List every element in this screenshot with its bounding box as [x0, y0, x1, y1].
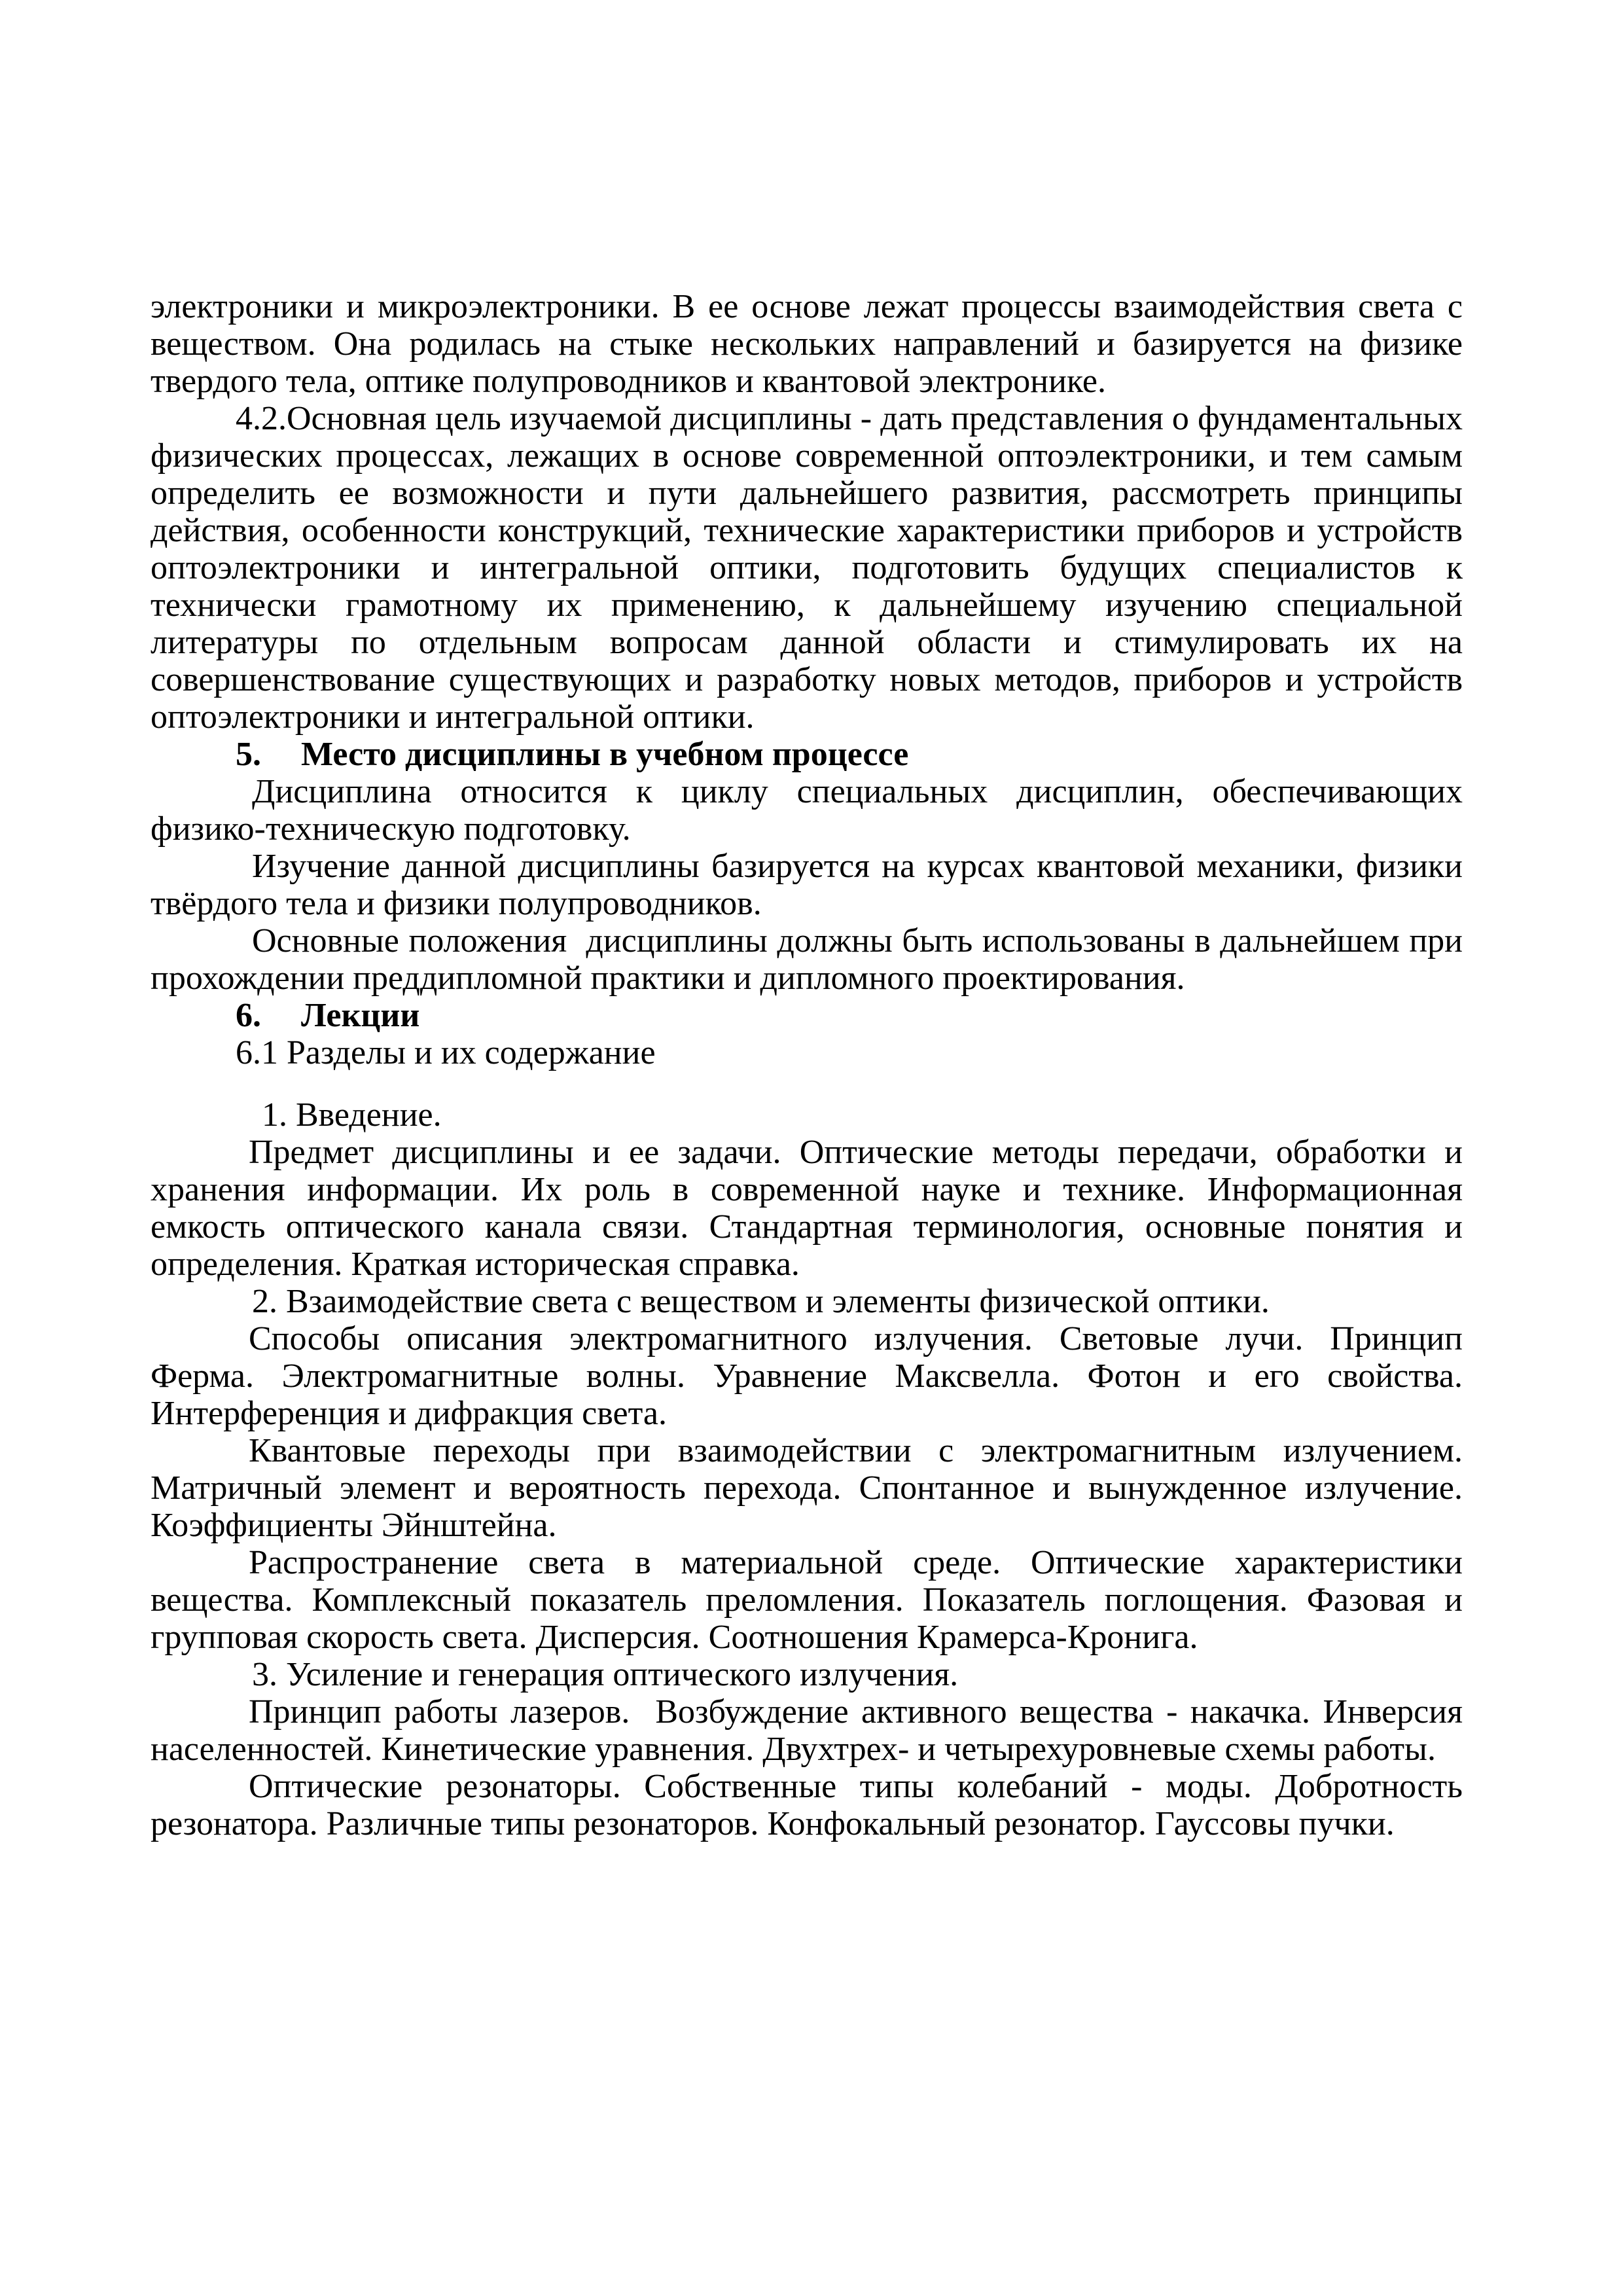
paragraph-discipline-cycle: Дисциплина относится к циклу специальных… [151, 773, 1463, 848]
lecture-2-paragraph-1: Способы описания электромагнитного излуч… [151, 1320, 1463, 1432]
text-content: электроники и микроэлектроники. В ее осн… [151, 0, 1463, 1842]
heading-5-number: 5. [236, 736, 301, 773]
lecture-3-paragraph-2: Оптические резонаторы. Собственные типы … [151, 1768, 1463, 1842]
lecture-item-3: 3. Усиление и генерация оптического излу… [151, 1656, 1463, 1693]
heading-5: 5.Место дисциплины в учебном процессе [151, 736, 1463, 773]
document-page: электроники и микроэлектроники. В ее осн… [0, 0, 1623, 2296]
paragraph-main-provisions: Основные положения дисциплины должны быт… [151, 922, 1463, 997]
paragraph-4-2-goal: 4.2.Основная цель изучаемой дисциплины -… [151, 400, 1463, 736]
paragraph-study-basis: Изучение данной дисциплины базируется на… [151, 848, 1463, 922]
lecture-sections-block: 1. Введение. Предмет дисциплины и ее зад… [151, 1096, 1463, 1842]
lecture-2-paragraph-2: Квантовые переходы при взаимодействии с … [151, 1432, 1463, 1544]
lecture-1-paragraph-1: Предмет дисциплины и ее задачи. Оптическ… [151, 1134, 1463, 1283]
lecture-2-paragraph-3: Распространение света в материальной сре… [151, 1544, 1463, 1656]
lecture-3-paragraph-1: Принцип работы лазеров. Возбуждение акти… [151, 1693, 1463, 1768]
lecture-item-2: 2. Взаимодействие света с веществом и эл… [151, 1283, 1463, 1320]
heading-6-title: Лекции [301, 997, 419, 1034]
heading-6-number: 6. [236, 997, 301, 1034]
subheading-6-1: 6.1 Разделы и их содержание [151, 1034, 1463, 1071]
lecture-item-1: 1. Введение. [151, 1096, 1463, 1134]
paragraph-intro-continuation: электроники и микроэлектроники. В ее осн… [151, 288, 1463, 400]
heading-6: 6.Лекции [151, 997, 1463, 1034]
heading-5-title: Место дисциплины в учебном процессе [301, 736, 908, 773]
